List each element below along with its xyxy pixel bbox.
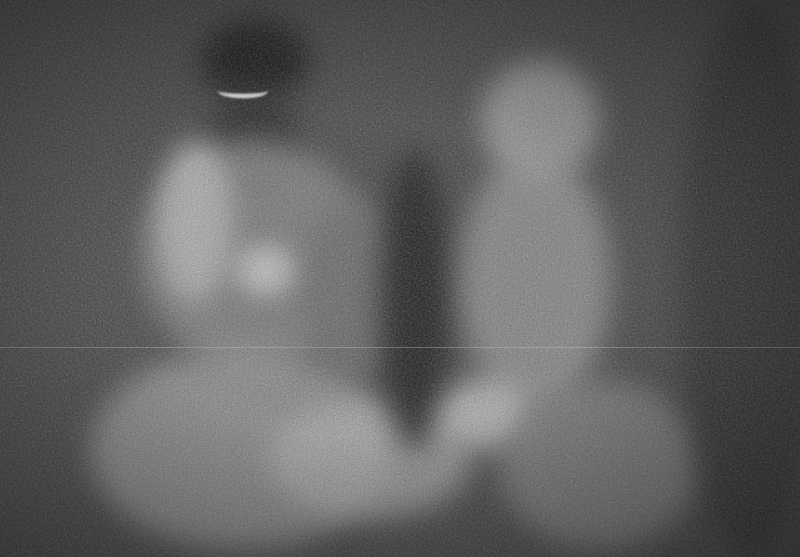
thermal-image xyxy=(0,0,800,557)
vignette xyxy=(0,0,800,557)
